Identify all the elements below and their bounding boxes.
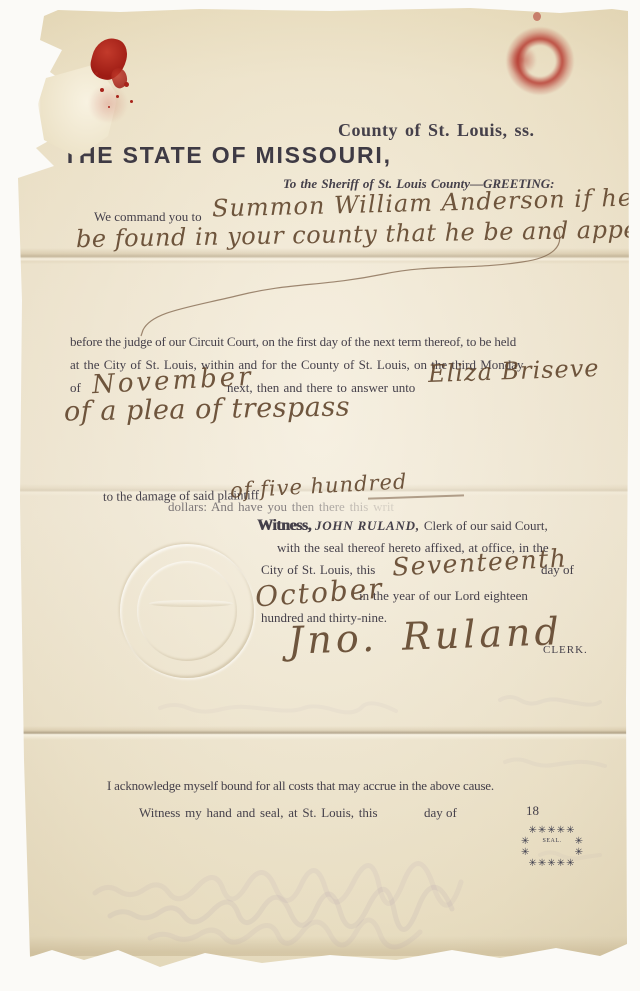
- state-title: THE STATE OF MISSOURI,: [63, 142, 392, 169]
- printed-seal-ornament: ✳✳✳✳✳ ✳ SEAL. ✳ ✳ ✳ ✳✳✳✳✳: [521, 825, 583, 869]
- witness-line-4: in the year of our Lord eighteen: [359, 588, 528, 604]
- scanned-document-page: County of St. Louis, ss. THE STATE OF MI…: [0, 0, 640, 991]
- seal-star-left-icon: ✳: [521, 836, 529, 847]
- clerk-signature: Jno. Ruland: [287, 609, 563, 663]
- wax-spatter-dot: [95, 72, 98, 75]
- seal-row-top: ✳✳✳✳✳: [521, 825, 583, 836]
- bottom-edge-shadow: [0, 936, 640, 956]
- embossed-seal-inner-ring: [137, 561, 237, 661]
- county-heading: County of St. Louis, ss.: [338, 120, 535, 141]
- wax-drip-dot: [533, 12, 541, 21]
- body-of-word: of: [70, 380, 81, 396]
- bond-acknowledge-line: I acknowledge myself bound for all costs…: [107, 778, 494, 794]
- seal-star-right2-icon: ✳: [575, 847, 583, 858]
- ink-bleedthrough-marks: [95, 697, 605, 947]
- bond-year-prefix: 18: [526, 803, 539, 819]
- wax-spatter-dot: [130, 100, 133, 103]
- embossed-court-seal: [120, 544, 254, 678]
- bond-witness-line-b: day of: [424, 805, 457, 821]
- wax-spatter-dot: [108, 106, 110, 108]
- witness-blackletter-word: Witness,: [257, 517, 311, 534]
- seal-row-bottom: ✳✳✳✳✳: [521, 858, 583, 869]
- seal-label-text: SEAL.: [543, 836, 562, 847]
- wax-seal-ring-blotch: [508, 44, 536, 76]
- paper-top-edge-shadow: [90, 0, 640, 4]
- handwritten-plaintiff-name: Eliza Briseve: [428, 354, 600, 388]
- dollars-line: dollars: And have you then there this wr…: [168, 499, 394, 515]
- seal-star-right-icon: ✳: [575, 836, 583, 847]
- witness-line1-rest: Clerk of our said Court,: [424, 518, 548, 533]
- body-line-1: before the judge of our Circuit Court, o…: [70, 334, 516, 350]
- clerk-name: JOHN RULAND,: [315, 518, 420, 533]
- document-paper: County of St. Louis, ss. THE STATE OF MI…: [0, 0, 640, 991]
- fold-crease-3: [0, 726, 640, 740]
- clerk-label: CLERK.: [543, 644, 588, 656]
- wax-smear: [86, 86, 130, 122]
- handwritten-plea: of a plea of trespass: [64, 392, 351, 428]
- wax-spatter-dot: [116, 95, 119, 98]
- seal-row-spacer: ✳ ✳: [521, 847, 583, 858]
- seal-star-left2-icon: ✳: [521, 847, 529, 858]
- witness-line-3b: day of: [541, 562, 574, 578]
- bond-witness-line-a: Witness my hand and seal, at St. Louis, …: [139, 805, 378, 821]
- seal-row-label: ✳ SEAL. ✳: [521, 836, 583, 847]
- wax-spatter-dot: [124, 82, 129, 87]
- wax-spatter-dot: [100, 88, 104, 92]
